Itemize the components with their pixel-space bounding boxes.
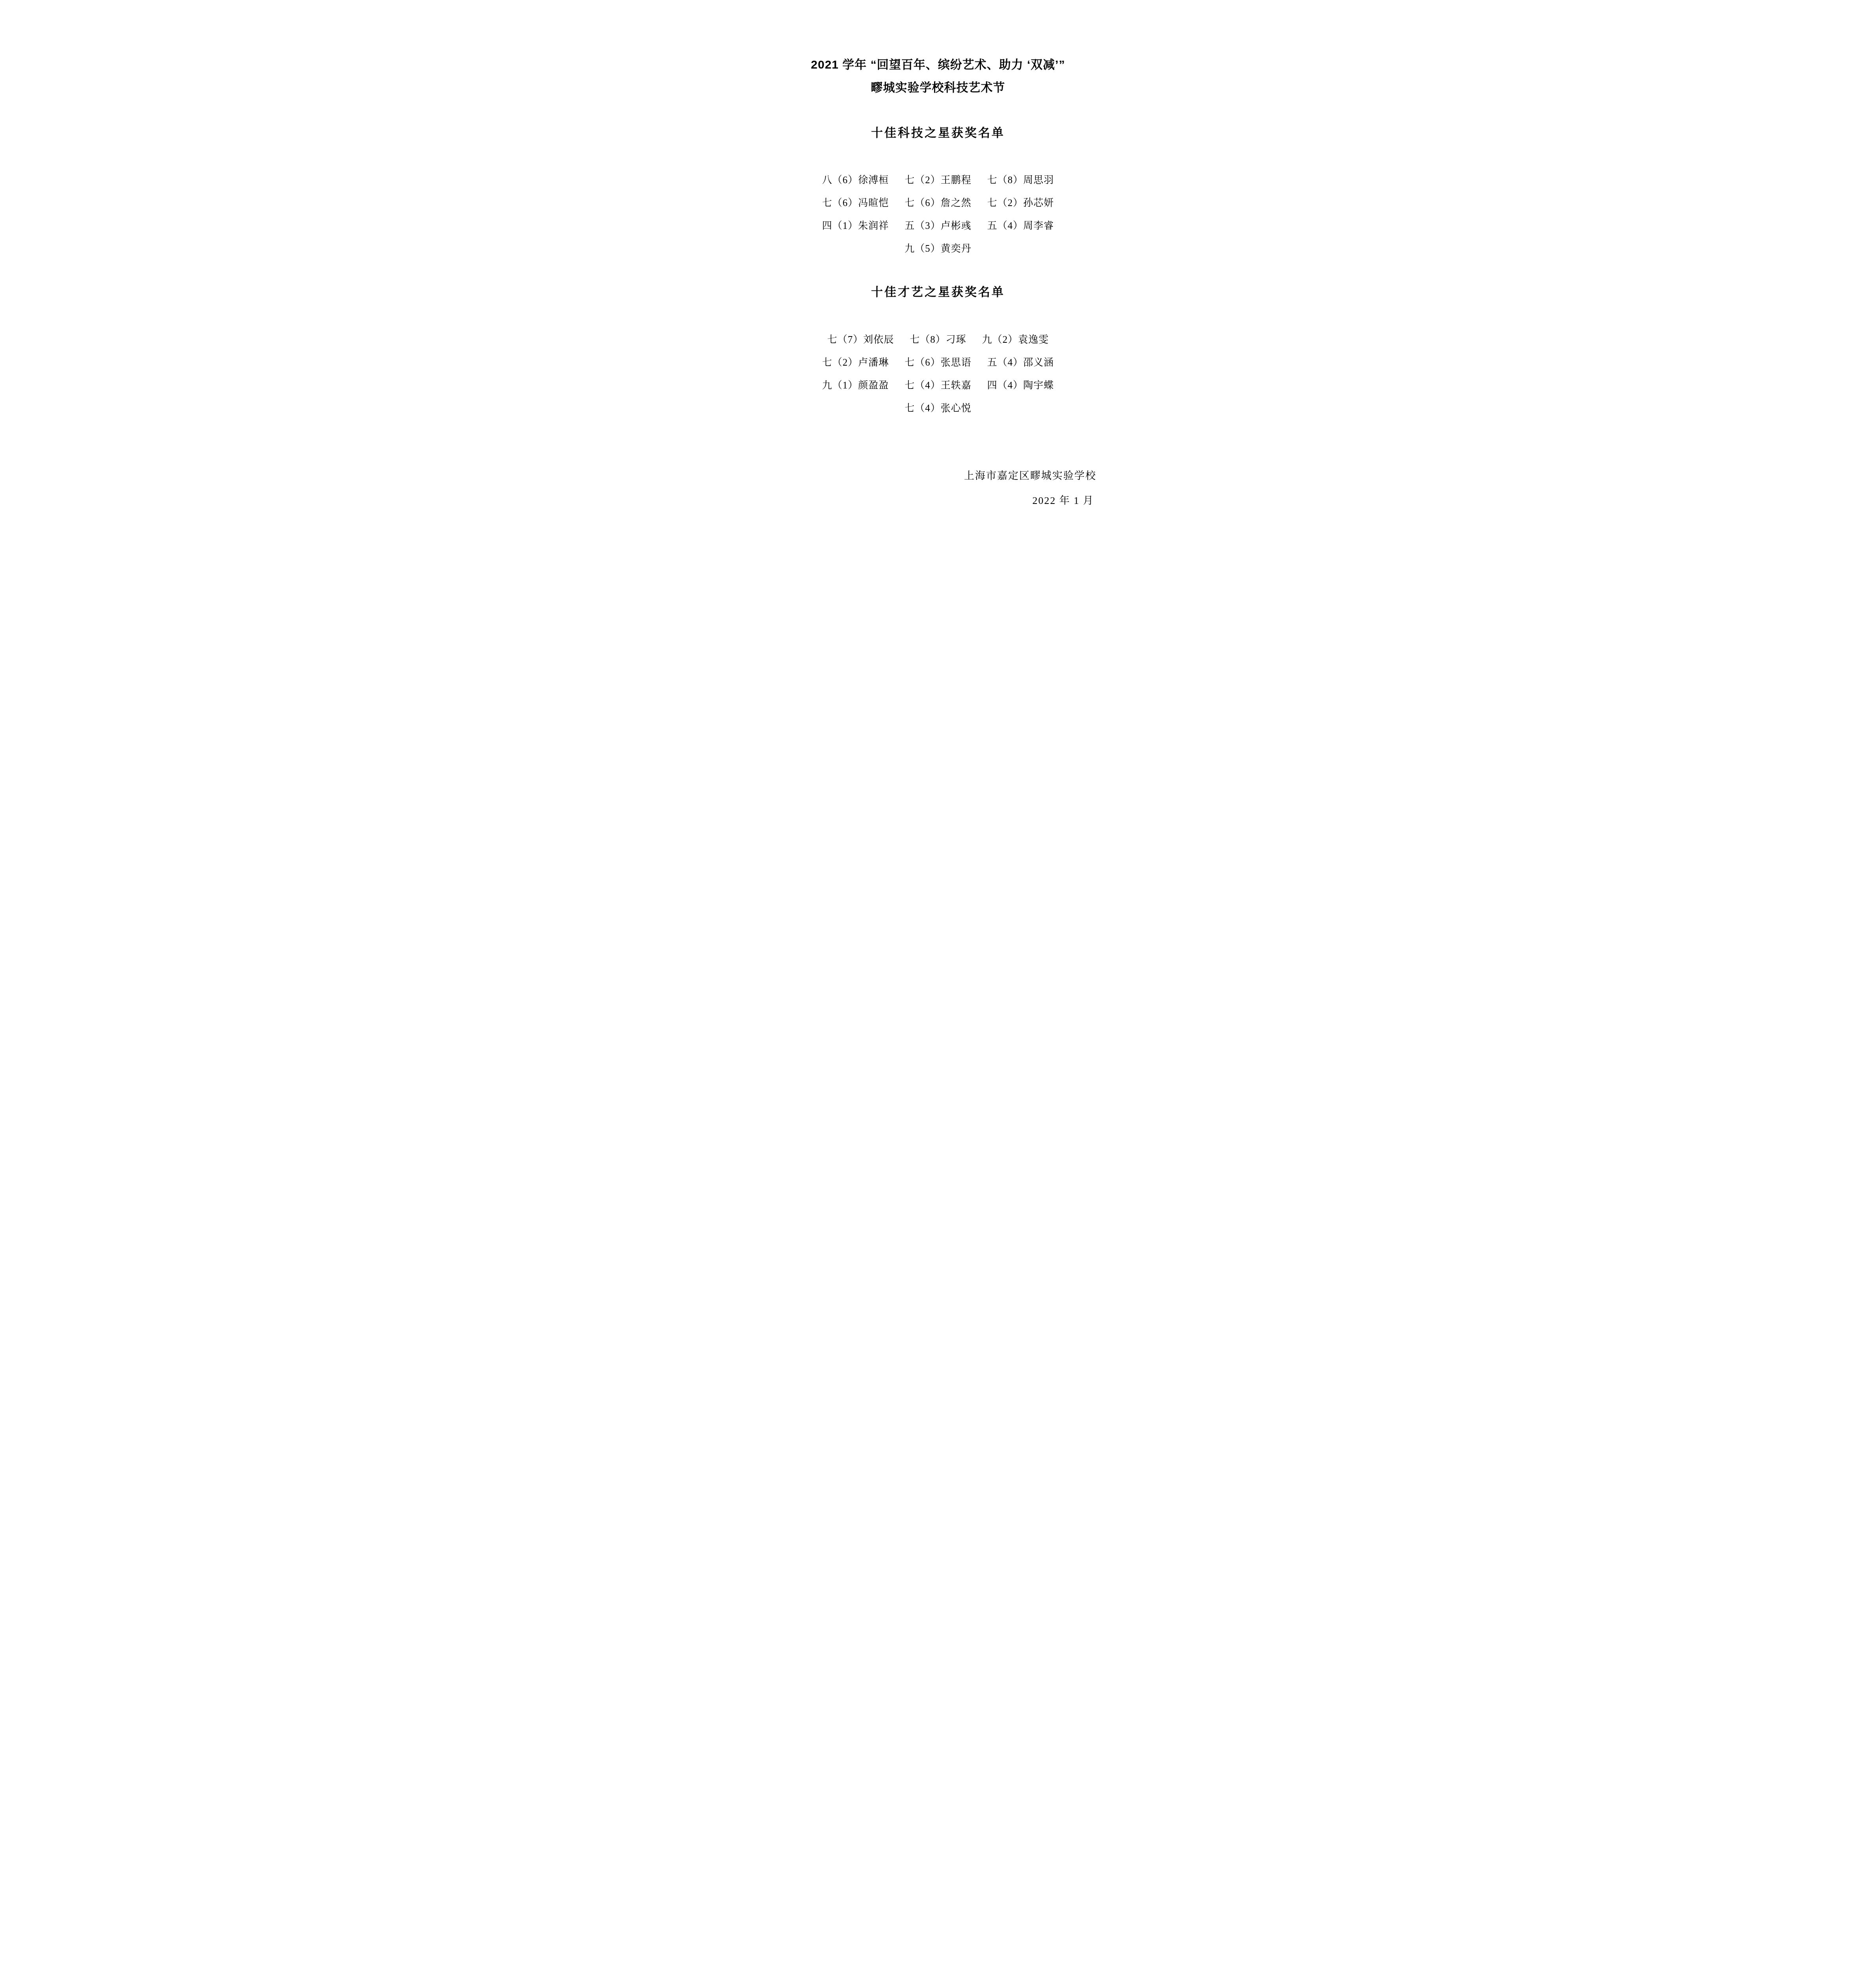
document-title: 2021 学年 “回望百年、缤纷艺术、助力 ‘双减’” 疁城实验学校科技艺术节 bbox=[721, 0, 1155, 94]
award-entry: 八（6）徐溥桓 bbox=[822, 172, 889, 186]
award-entry: 七（4）张心悦 bbox=[905, 400, 971, 414]
award-entry: 九（2）袁逸雯 bbox=[982, 332, 1049, 346]
award-entry: 五（3）卢彬彧 bbox=[905, 218, 971, 232]
section-tech-stars: 十佳科技之星获奖名单 八（6）徐溥桓 七（2）王鹏程 七（8）周思羽 七（6）冯… bbox=[721, 127, 1155, 259]
award-entry: 四（4）陶宇蝶 bbox=[987, 377, 1054, 392]
award-entry: 七（2）孙芯妍 bbox=[987, 195, 1054, 209]
award-entry: 七（7）刘依辰 bbox=[827, 332, 894, 346]
section-tech-heading: 十佳科技之星获奖名单 bbox=[721, 127, 1155, 139]
section-art-stars: 十佳才艺之星获奖名单 七（7）刘依辰 七（8）刁琢 九（2）袁逸雯 七（2）卢潘… bbox=[721, 286, 1155, 419]
award-row: 七（7）刘依辰 七（8）刁琢 九（2）袁逸雯 bbox=[721, 327, 1155, 350]
tech-award-list: 八（6）徐溥桓 七（2）王鹏程 七（8）周思羽 七（6）冯暄恺 七（6）詹之然 … bbox=[721, 168, 1155, 259]
award-row: 四（1）朱润祥 五（3）卢彬彧 五（4）周李睿 bbox=[721, 214, 1155, 236]
award-row: 七（4）张心悦 bbox=[721, 396, 1155, 419]
award-entry: 七（6）张思语 bbox=[905, 355, 971, 369]
award-row: 七（2）卢潘琳 七（6）张思语 五（4）邵义涵 bbox=[721, 350, 1155, 373]
section-art-heading: 十佳才艺之星获奖名单 bbox=[721, 286, 1155, 298]
award-row: 九（1）颜盈盈 七（4）王轶嘉 四（4）陶宇蝶 bbox=[721, 373, 1155, 396]
document-page: 2021 学年 “回望百年、缤纷艺术、助力 ‘双减’” 疁城实验学校科技艺术节 … bbox=[721, 0, 1155, 613]
award-entry: 九（1）颜盈盈 bbox=[822, 377, 889, 392]
award-entry: 七（8）周思羽 bbox=[987, 172, 1054, 186]
award-entry: 七（4）王轶嘉 bbox=[905, 377, 971, 392]
award-row: 九（5）黄奕丹 bbox=[721, 236, 1155, 259]
footer-school-name: 上海市嘉定区疁城实验学校 bbox=[721, 471, 1096, 481]
award-row: 七（6）冯暄恺 七（6）詹之然 七（2）孙芯妍 bbox=[721, 191, 1155, 214]
award-entry: 七（2）卢潘琳 bbox=[822, 355, 889, 369]
award-entry: 七（8）刁琢 bbox=[910, 332, 966, 346]
award-entry: 七（2）王鹏程 bbox=[905, 172, 971, 186]
award-entry: 七（6）冯暄恺 bbox=[822, 195, 889, 209]
award-row: 八（6）徐溥桓 七（2）王鹏程 七（8）周思羽 bbox=[721, 168, 1155, 191]
award-entry: 五（4）邵义涵 bbox=[987, 355, 1054, 369]
award-entry: 五（4）周李睿 bbox=[987, 218, 1054, 232]
title-line-2: 疁城实验学校科技艺术节 bbox=[721, 82, 1155, 94]
award-entry: 九（5）黄奕丹 bbox=[905, 241, 971, 255]
award-entry: 七（6）詹之然 bbox=[905, 195, 971, 209]
document-footer: 上海市嘉定区疁城实验学校 2022 年 1 月 bbox=[721, 471, 1155, 506]
art-award-list: 七（7）刘依辰 七（8）刁琢 九（2）袁逸雯 七（2）卢潘琳 七（6）张思语 五… bbox=[721, 327, 1155, 419]
footer-date: 2022 年 1 月 bbox=[721, 496, 1094, 506]
title-line-1: 2021 学年 “回望百年、缤纷艺术、助力 ‘双减’” bbox=[721, 59, 1155, 71]
award-entry: 四（1）朱润祥 bbox=[822, 218, 889, 232]
